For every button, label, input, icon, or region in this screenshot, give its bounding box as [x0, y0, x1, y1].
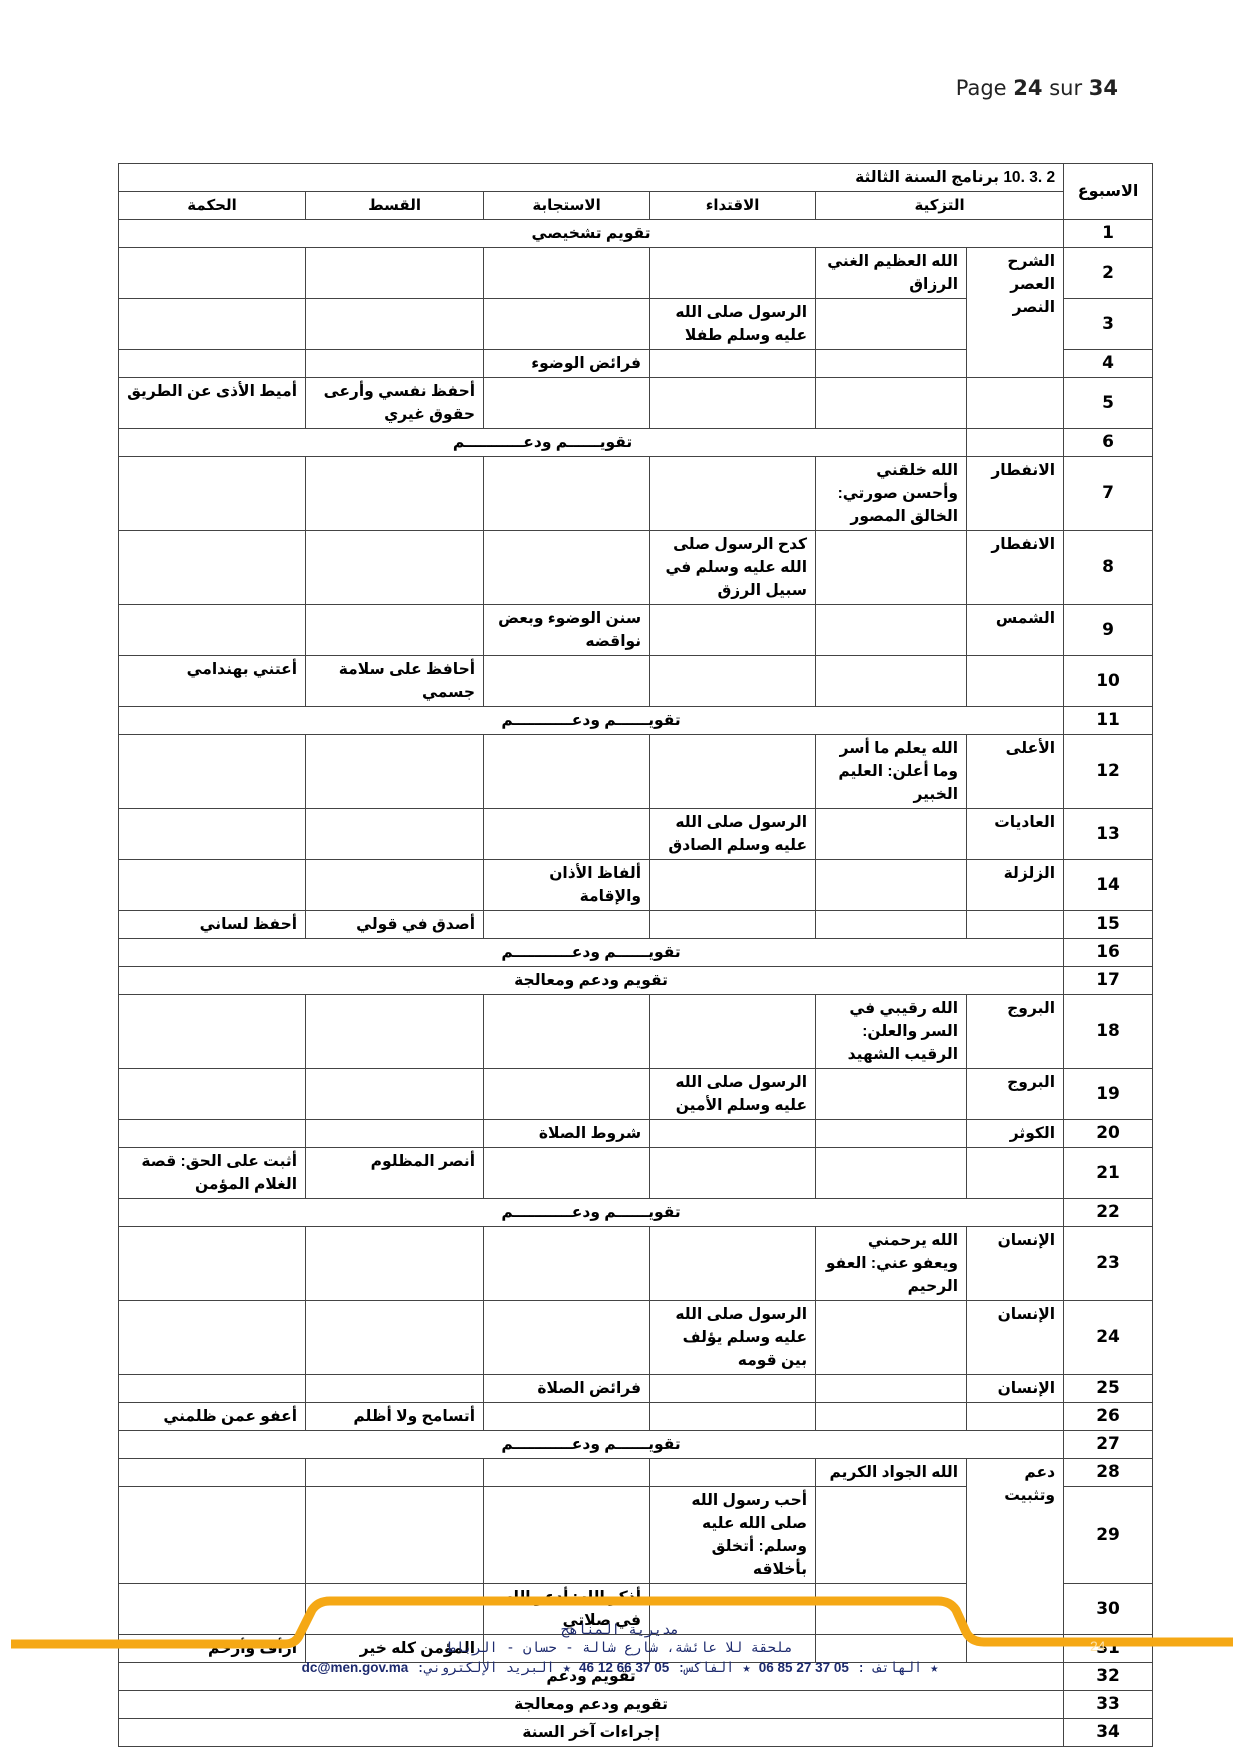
merged-assessment-cell: تقويم ودعم ومعالجة: [119, 967, 1064, 995]
qist-cell: [306, 1069, 484, 1120]
istijaba-cell: ألفاظ الأذان والإقامة: [484, 860, 650, 911]
qist-cell: [306, 531, 484, 605]
week-number: 12: [1064, 735, 1153, 809]
surah-cell: [967, 378, 1064, 429]
table-row: 10أحافظ على سلامة جسميأعتني بهندامي: [119, 656, 1153, 707]
iqtida-cell: [650, 1148, 816, 1199]
hikma-cell: أميط الأذى عن الطريق: [119, 378, 306, 429]
week-number: 24: [1064, 1301, 1153, 1375]
istijaba-cell: [484, 1227, 650, 1301]
hikma-cell: [119, 531, 306, 605]
email-link[interactable]: dc@men.gov.ma: [302, 1660, 409, 1675]
week-number: 5: [1064, 378, 1153, 429]
qist-cell: [306, 1227, 484, 1301]
iqtida-cell: الرسول صلى الله عليه وسلم الصادق: [650, 809, 816, 860]
table-row: 34إجراءات آخر السنة: [119, 1719, 1153, 1747]
surah-cell: [967, 1403, 1064, 1431]
istijaba-cell: [484, 1403, 650, 1431]
istijaba-cell: [484, 1069, 650, 1120]
week-number: 34: [1064, 1719, 1153, 1747]
table-row: 14الزلزلةألفاظ الأذان والإقامة: [119, 860, 1153, 911]
merged-assessment-cell: تقويــــــم ودعـــــــــــم: [119, 1431, 1064, 1459]
tazkiya-cell: الله خلقني وأحسن صورتي: الخالق المصور: [816, 457, 967, 531]
tazkiya-cell: [816, 1301, 967, 1375]
istijaba-cell: فرائض الوضوء: [484, 350, 650, 378]
surah-cell: الإنسان: [967, 1301, 1064, 1375]
istijaba-cell: [484, 809, 650, 860]
tazkiya-cell: [816, 605, 967, 656]
week-number: 23: [1064, 1227, 1153, 1301]
footer-directorate: مديرية المناهج: [0, 1622, 1240, 1638]
tazkiya-cell: [816, 1375, 967, 1403]
qist-cell: [306, 809, 484, 860]
tazkiya-cell: [816, 1403, 967, 1431]
qist-cell: [306, 860, 484, 911]
iqtida-cell: [650, 350, 816, 378]
surah-cell: الأعلى: [967, 735, 1064, 809]
week-number: 16: [1064, 939, 1153, 967]
page-number: Page 24 sur 34: [956, 76, 1118, 100]
istijaba-cell: [484, 1459, 650, 1487]
week-number: 3: [1064, 299, 1153, 350]
table-row: 33تقويم ودعم ومعالجة: [119, 1691, 1153, 1719]
week-number: 7: [1064, 457, 1153, 531]
istijaba-cell: [484, 911, 650, 939]
iqtida-cell: الرسول صلى الله عليه وسلم يؤلف بين قومه: [650, 1301, 816, 1375]
hikma-cell: [119, 1375, 306, 1403]
istijaba-cell: [484, 299, 650, 350]
iqtida-cell: [650, 911, 816, 939]
surah-cell: الزلزلة: [967, 860, 1064, 911]
week-number: 13: [1064, 809, 1153, 860]
qist-cell: [306, 248, 484, 299]
table-row: 19البروجالرسول صلى الله عليه وسلم الأمين: [119, 1069, 1153, 1120]
surah-cell: الشرح العصر النصر: [967, 248, 1064, 378]
istijaba-cell: [484, 656, 650, 707]
qist-cell: [306, 735, 484, 809]
hikma-cell: [119, 299, 306, 350]
hikma-cell: [119, 457, 306, 531]
surah-cell: البروج: [967, 1069, 1064, 1120]
istijaba-cell: [484, 248, 650, 299]
istijaba-cell: فرائض الصلاة: [484, 1375, 650, 1403]
table-row: 15أصدق في قوليأحفظ لساني: [119, 911, 1153, 939]
footer-contact: ★ الهاتف : 05 37 27 85 06 ★ الفاكس: 05 3…: [0, 1660, 1240, 1676]
istijaba-cell: [484, 1487, 650, 1584]
merged-assessment-cell: تقويم ودعم ومعالجة: [119, 1691, 1064, 1719]
surah-cell: العاديات: [967, 809, 1064, 860]
istijaba-cell: [484, 531, 650, 605]
qist-cell: [306, 1459, 484, 1487]
tazkiya-cell: [816, 656, 967, 707]
table-row: 7الانفطارالله خلقني وأحسن صورتي: الخالق …: [119, 457, 1153, 531]
tazkiya-cell: [816, 378, 967, 429]
qist-cell: [306, 457, 484, 531]
surah-cell: الإنسان: [967, 1227, 1064, 1301]
hikma-cell: [119, 1301, 306, 1375]
table-row: 1تقويم تشخيصي: [119, 220, 1153, 248]
week-number: 18: [1064, 995, 1153, 1069]
table-row: 17تقويم ودعم ومعالجة: [119, 967, 1153, 995]
iqtida-cell: [650, 1227, 816, 1301]
page-current: 24: [1013, 76, 1042, 100]
hikma-cell: [119, 1487, 306, 1584]
table-row: 18البروجالله رقيبي في السر والعلن: الرقي…: [119, 995, 1153, 1069]
phone-number: 05 37 27 85 06: [759, 1660, 849, 1675]
col-header-istijaba: الاستجابة: [484, 192, 650, 220]
week-number: 17: [1064, 967, 1153, 995]
star-icon: ★: [563, 1660, 571, 1676]
hikma-cell: [119, 809, 306, 860]
week-number: 2: [1064, 248, 1153, 299]
phone-label: الهاتف :: [857, 1660, 922, 1676]
hikma-cell: أعتني بهندامي: [119, 656, 306, 707]
hikma-cell: [119, 735, 306, 809]
week-number: 19: [1064, 1069, 1153, 1120]
merged-assessment-cell: تقويــــــم ودعـــــــــــم: [119, 429, 967, 457]
iqtida-cell: [650, 248, 816, 299]
week-number: 25: [1064, 1375, 1153, 1403]
qist-cell: [306, 1120, 484, 1148]
surah-cell: البروج: [967, 995, 1064, 1069]
hikma-cell: [119, 1120, 306, 1148]
iqtida-cell: [650, 378, 816, 429]
page-sep: sur: [1049, 76, 1082, 100]
istijaba-cell: [484, 1301, 650, 1375]
week-number: 10: [1064, 656, 1153, 707]
tazkiya-cell: الله العظيم الغني الرزاق: [816, 248, 967, 299]
hikma-cell: أحفظ لساني: [119, 911, 306, 939]
qist-cell: [306, 995, 484, 1069]
tazkiya-cell: [816, 1069, 967, 1120]
iqtida-cell: [650, 1120, 816, 1148]
istijaba-cell: [484, 1148, 650, 1199]
qist-cell: [306, 1301, 484, 1375]
page-total: 34: [1089, 76, 1118, 100]
week-number: 1: [1064, 220, 1153, 248]
table-title: 2 .3 .10 برنامج السنة الثالثة: [119, 164, 1064, 192]
col-header-hikma: الحكمة: [119, 192, 306, 220]
program-table: الاسبوع 2 .3 .10 برنامج السنة الثالثة ال…: [118, 163, 1153, 1747]
iqtida-cell: [650, 995, 816, 1069]
week-number: 28: [1064, 1459, 1153, 1487]
page-label: Page: [956, 76, 1007, 100]
table-row: 6تقويــــــم ودعـــــــــــم: [119, 429, 1153, 457]
week-number: 33: [1064, 1691, 1153, 1719]
istijaba-cell: [484, 378, 650, 429]
table-row: 5أحفظ نفسي وأرعى حقوق غيريأميط الأذى عن …: [119, 378, 1153, 429]
qist-cell: أحافظ على سلامة جسمي: [306, 656, 484, 707]
surah-cell: الكوثر: [967, 1120, 1064, 1148]
merged-assessment-cell: إجراءات آخر السنة: [119, 1719, 1064, 1747]
tazkiya-cell: الله الجواد الكريم: [816, 1459, 967, 1487]
tazkiya-cell: الله رقيبي في السر والعلن: الرقيب الشهيد: [816, 995, 967, 1069]
tazkiya-cell: الله يعلم ما أسر وما أعلن: العليم الخبير: [816, 735, 967, 809]
tazkiya-cell: [816, 350, 967, 378]
iqtida-cell: [650, 605, 816, 656]
table-row: 26أتسامح ولا أظلمأعفو عمن ظلمني: [119, 1403, 1153, 1431]
footer-address: ملحقة للا عائشة، شارع شالة - حسان - الرب…: [0, 1640, 1240, 1656]
qist-cell: أتسامح ولا أظلم: [306, 1403, 484, 1431]
table-row: 9الشمسسنن الوضوء وبعض نواقضه: [119, 605, 1153, 656]
tazkiya-cell: [816, 809, 967, 860]
table-row: 11تقويــــــم ودعـــــــــــم: [119, 707, 1153, 735]
iqtida-cell: [650, 860, 816, 911]
col-header-iqtida: الاقتداء: [650, 192, 816, 220]
qist-cell: [306, 299, 484, 350]
week-header: الاسبوع: [1064, 164, 1153, 220]
merged-assessment-cell: تقويــــــم ودعـــــــــــم: [119, 1199, 1064, 1227]
surah-cell: [967, 1148, 1064, 1199]
qist-cell: [306, 605, 484, 656]
fax-label: الفاكس:: [677, 1660, 734, 1676]
hikma-cell: أعفو عمن ظلمني: [119, 1403, 306, 1431]
iqtida-cell: الرسول صلى الله عليه وسلم طفلا: [650, 299, 816, 350]
hikma-cell: [119, 1227, 306, 1301]
surah-cell: الشمس: [967, 605, 1064, 656]
col-header-qist: القسط: [306, 192, 484, 220]
tazkiya-cell: [816, 860, 967, 911]
table-row: 8الانفطاركدح الرسول صلى الله عليه وسلم ف…: [119, 531, 1153, 605]
hikma-cell: [119, 1069, 306, 1120]
week-number: 11: [1064, 707, 1153, 735]
fax-number: 05 37 66 12 46: [579, 1660, 669, 1675]
iqtida-cell: [650, 1375, 816, 1403]
table-row: 21أنصر المظلومأثبت على الحق: قصة الغلام …: [119, 1148, 1153, 1199]
surah-cell: الانفطار: [967, 531, 1064, 605]
hikma-cell: [119, 995, 306, 1069]
week-number: 6: [1064, 429, 1153, 457]
week-number: 27: [1064, 1431, 1153, 1459]
surah-cell: الانفطار: [967, 457, 1064, 531]
tazkiya-cell: [816, 1120, 967, 1148]
table-row: 24الإنسانالرسول صلى الله عليه وسلم يؤلف …: [119, 1301, 1153, 1375]
iqtida-cell: كدح الرسول صلى الله عليه وسلم في سبيل ال…: [650, 531, 816, 605]
star-icon: ★: [742, 1660, 750, 1676]
week-number: 20: [1064, 1120, 1153, 1148]
iqtida-cell: [650, 457, 816, 531]
surah-cell: الإنسان: [967, 1375, 1064, 1403]
merged-assessment-cell: تقويــــــم ودعـــــــــــم: [119, 939, 1064, 967]
week-number: 26: [1064, 1403, 1153, 1431]
qist-cell: [306, 350, 484, 378]
week-number: 29: [1064, 1487, 1153, 1584]
hikma-cell: أثبت على الحق: قصة الغلام المؤمن: [119, 1148, 306, 1199]
merged-assessment-cell: تقويــــــم ودعـــــــــــم: [119, 707, 1064, 735]
istijaba-cell: [484, 735, 650, 809]
hikma-cell: [119, 605, 306, 656]
table-row: 12الأعلىالله يعلم ما أسر وما أعلن: العلي…: [119, 735, 1153, 809]
tazkiya-cell: [816, 299, 967, 350]
istijaba-cell: [484, 457, 650, 531]
qist-cell: [306, 1487, 484, 1584]
tazkiya-cell: [816, 911, 967, 939]
col-header-tazkiya: التزكية: [816, 192, 1064, 220]
tazkiya-cell: [816, 1148, 967, 1199]
iqtida-cell: [650, 656, 816, 707]
tazkiya-cell: الله يرحمني ويعفو عني: العفو الرحيم: [816, 1227, 967, 1301]
table-row: 2الشرح العصر النصرالله العظيم الغني الرز…: [119, 248, 1153, 299]
table-row: 28دعم وتثبيتالله الجواد الكريم: [119, 1459, 1153, 1487]
table-row: 22تقويــــــم ودعـــــــــــم: [119, 1199, 1153, 1227]
iqtida-cell: [650, 1459, 816, 1487]
qist-cell: أحفظ نفسي وأرعى حقوق غيري: [306, 378, 484, 429]
tazkiya-cell: [816, 1487, 967, 1584]
table-row: 16تقويــــــم ودعـــــــــــم: [119, 939, 1153, 967]
istijaba-cell: شروط الصلاة: [484, 1120, 650, 1148]
qist-cell: أنصر المظلوم: [306, 1148, 484, 1199]
hikma-cell: [119, 350, 306, 378]
week-number: 15: [1064, 911, 1153, 939]
week-number: 22: [1064, 1199, 1153, 1227]
week-number: 9: [1064, 605, 1153, 656]
merged-assessment-cell: تقويم تشخيصي: [119, 220, 1064, 248]
table-row: 25الإنسانفرائض الصلاة: [119, 1375, 1153, 1403]
istijaba-cell: [484, 995, 650, 1069]
qist-cell: أصدق في قولي: [306, 911, 484, 939]
table-row: 13العادياتالرسول صلى الله عليه وسلم الصا…: [119, 809, 1153, 860]
week-number: 14: [1064, 860, 1153, 911]
hikma-cell: [119, 860, 306, 911]
iqtida-cell: [650, 735, 816, 809]
week-number: 8: [1064, 531, 1153, 605]
tazkiya-cell: [816, 531, 967, 605]
table-row: 20الكوثرشروط الصلاة: [119, 1120, 1153, 1148]
istijaba-cell: سنن الوضوء وبعض نواقضه: [484, 605, 650, 656]
hikma-cell: [119, 248, 306, 299]
iqtida-cell: الرسول صلى الله عليه وسلم الأمين: [650, 1069, 816, 1120]
surah-cell: [967, 429, 1064, 457]
surah-cell: [967, 656, 1064, 707]
star-icon: ★: [930, 1660, 938, 1676]
iqtida-cell: أحب رسول الله صلى الله عليه وسلم: أتخلق …: [650, 1487, 816, 1584]
iqtida-cell: [650, 1403, 816, 1431]
table-row: 27تقويــــــم ودعـــــــــــم: [119, 1431, 1153, 1459]
email-label: البريد الإلكتروني:: [416, 1660, 554, 1676]
table-row: 23الإنسانالله يرحمني ويعفو عني: العفو ال…: [119, 1227, 1153, 1301]
week-number: 21: [1064, 1148, 1153, 1199]
week-number: 4: [1064, 350, 1153, 378]
surah-cell: [967, 911, 1064, 939]
hikma-cell: [119, 1459, 306, 1487]
qist-cell: [306, 1375, 484, 1403]
